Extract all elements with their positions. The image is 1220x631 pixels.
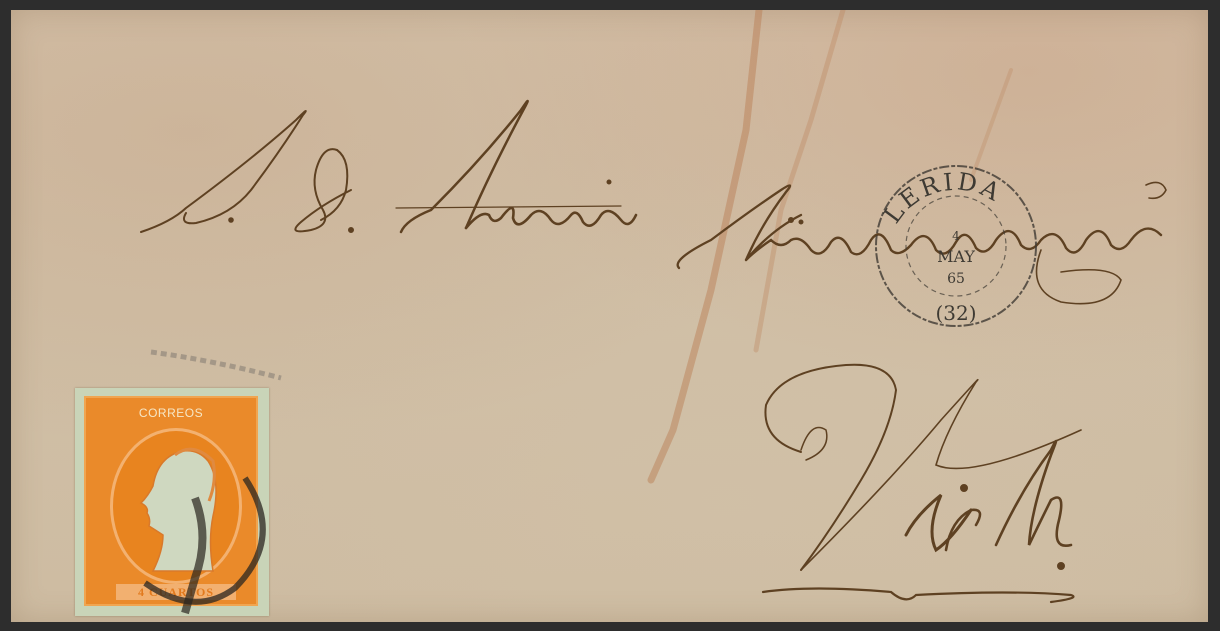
postmark-town: LERIDA xyxy=(878,167,1007,228)
postmark-day: 4 xyxy=(952,229,960,243)
svg-text:LERIDA: LERIDA xyxy=(878,167,1007,228)
stamp-cancellation xyxy=(75,388,269,616)
lerida-postmark: LERIDA 4 MAY 65 (32) xyxy=(871,158,1041,338)
postmark-district: (32) xyxy=(935,301,976,325)
postmark-month: MAY xyxy=(937,247,975,266)
postmark-year: 65 xyxy=(947,271,965,287)
postage-stamp: CORREOS 4 CUARTOS xyxy=(75,388,269,616)
